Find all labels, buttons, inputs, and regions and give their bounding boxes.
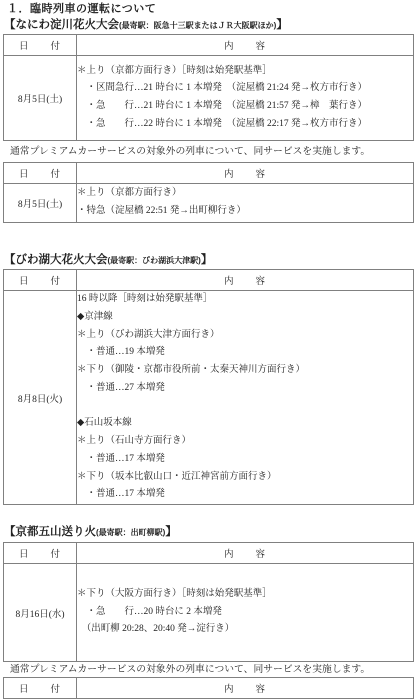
section-heading-main: 【びわ湖大花火大会: [4, 254, 108, 266]
table-gozan-premium-car-partial: 日 付 内 容: [3, 677, 414, 699]
section-heading-biwako: 【びわ湖大花火大会(最寄駅：びわ湖浜大津駅)】: [4, 253, 414, 268]
content-line: ◆石山坂本線: [77, 415, 413, 433]
col-header-content: 内 容: [77, 163, 414, 184]
document-page: １．臨時列車の運転について 【なにわ淀川花火大会(最寄駅：阪急十三駅またはＪＲ大…: [0, 0, 417, 699]
content-line: ＊下り（大阪方面行き）［時刻は始発駅基準］: [77, 586, 413, 604]
section-heading-station-note: (最寄駅：出町柳駅): [96, 528, 165, 537]
section-heading-station-note: (最寄駅：阪急十三駅またはＪＲ大阪駅ほか): [119, 21, 276, 30]
section-heading-close: 】: [165, 526, 177, 538]
content-line: ・急 行…22 時台に 1 本増発 （淀屋橋 22:17 発→枚方市行き）: [77, 116, 413, 134]
table-header-row: 日 付 内 容: [4, 270, 414, 291]
content-line: ＊上り（石山寺方面行き）: [77, 433, 413, 451]
date-cell: 8月5日(土): [4, 56, 77, 141]
section-heading-naniwa: 【なにわ淀川花火大会(最寄駅：阪急十三駅またはＪＲ大阪駅ほか)】: [4, 18, 414, 33]
col-header-date: 日 付: [4, 678, 77, 699]
content-line: ・普通…17 本増発: [77, 486, 413, 504]
content-line: [77, 398, 413, 416]
content-line: （出町柳 20:28、20:40 発→淀行き）: [77, 621, 413, 639]
date-cell: 8月16日(水): [4, 564, 77, 662]
content-line: ・急 行…21 時台に 1 本増発 （淀屋橋 21:57 発→樟 葉行き）: [77, 98, 413, 116]
section-heading-main: 【なにわ淀川花火大会: [4, 19, 119, 31]
premium-car-note-2: 通常プレミアムカーサービスの対象外の列車について、同サービスを実施します。: [10, 663, 414, 676]
col-header-date: 日 付: [4, 35, 77, 56]
content-line: ・区間急行…21 時台に 1 本増発 （淀屋橋 21:24 発→枚方市行き）: [77, 80, 413, 98]
content-line: 16 時以降［時刻は始発駅基準］: [77, 291, 413, 309]
content-line: ＊上り（びわ湖浜大津方面行き）: [77, 327, 413, 345]
date-cell: 8月8日(火): [4, 291, 77, 505]
col-header-content: 内 容: [77, 678, 414, 699]
section-heading-close: 】: [276, 19, 288, 31]
section-heading-station-note: (最寄駅：びわ湖浜大津駅): [108, 256, 201, 265]
table-row: 8月5日(土) ＊上り（京都方面行き）［時刻は始発駅基準］ ・区間急行…21 時…: [4, 56, 414, 141]
content-line: ・普通…27 本増発: [77, 380, 413, 398]
content-line: ・特急（淀屋橋 22:51 発→出町柳行き）: [77, 203, 413, 221]
table-header-row: 日 付 内 容: [4, 543, 414, 564]
table-row: 8月8日(火) 16 時以降［時刻は始発駅基準］◆京津線＊上り（びわ湖浜大津方面…: [4, 291, 414, 505]
col-header-date: 日 付: [4, 543, 77, 564]
col-header-content: 内 容: [77, 35, 414, 56]
col-header-date: 日 付: [4, 270, 77, 291]
col-header-content: 内 容: [77, 543, 414, 564]
table-naniwa-extra-trains: 日 付 内 容 8月5日(土) ＊上り（京都方面行き）［時刻は始発駅基準］ ・区…: [3, 34, 414, 141]
section-heading-main: 【京都五山送り火: [4, 526, 96, 538]
table-gozan-extra-trains: 日 付 内 容 8月16日(水) ＊下り（大阪方面行き）［時刻は始発駅基準］ ・…: [3, 542, 414, 662]
table-naniwa-premium-car: 日 付 内 容 8月5日(土) ＊上り（京都方面行き）・特急（淀屋橋 22:51…: [3, 162, 414, 223]
content-line: ◆京津線: [77, 309, 413, 327]
content-line: ＊下り（坂本比叡山口・近江神宮前方面行き）: [77, 469, 413, 487]
content-line: ・普通…17 本増発: [77, 451, 413, 469]
premium-car-note-1: 通常プレミアムカーサービスの対象外の列車について、同サービスを実施します。: [10, 144, 414, 159]
table-biwako-extra-trains: 日 付 内 容 8月8日(火) 16 時以降［時刻は始発駅基準］◆京津線＊上り（…: [3, 269, 414, 505]
content-line: ＊下り（御陵・京都市役所前・太秦天神川方面行き）: [77, 362, 413, 380]
table-header-row: 日 付 内 容: [4, 163, 414, 184]
section-heading-gozan: 【京都五山送り火(最寄駅：出町柳駅)】: [4, 525, 414, 540]
table-header-row: 日 付 内 容: [4, 35, 414, 56]
content-cell: ＊下り（大阪方面行き）［時刻は始発駅基準］ ・急 行…20 時台に 2 本増発 …: [77, 564, 414, 662]
content-line: ・普通…19 本増発: [77, 344, 413, 362]
content-line: ＊上り（京都方面行き）: [77, 185, 413, 203]
col-header-content: 内 容: [77, 270, 414, 291]
section-heading-close: 】: [201, 254, 213, 266]
content-cell: ＊上り（京都方面行き）［時刻は始発駅基準］ ・区間急行…21 時台に 1 本増発…: [77, 56, 414, 141]
content-cell: 16 時以降［時刻は始発駅基準］◆京津線＊上り（びわ湖浜大津方面行き） ・普通……: [77, 291, 414, 505]
col-header-date: 日 付: [4, 163, 77, 184]
table-row: 8月5日(土) ＊上り（京都方面行き）・特急（淀屋橋 22:51 発→出町柳行き…: [4, 184, 414, 223]
table-header-row: 日 付 内 容: [4, 678, 414, 699]
page-title: １．臨時列車の運転について: [7, 2, 414, 16]
content-line: ＊上り（京都方面行き）［時刻は始発駅基準］: [77, 63, 413, 81]
table-row: 8月16日(水) ＊下り（大阪方面行き）［時刻は始発駅基準］ ・急 行…20 時…: [4, 564, 414, 662]
content-line: ・急 行…20 時台に 2 本増発: [77, 604, 413, 622]
content-cell: ＊上り（京都方面行き）・特急（淀屋橋 22:51 発→出町柳行き）: [77, 184, 414, 223]
date-cell: 8月5日(土): [4, 184, 77, 223]
